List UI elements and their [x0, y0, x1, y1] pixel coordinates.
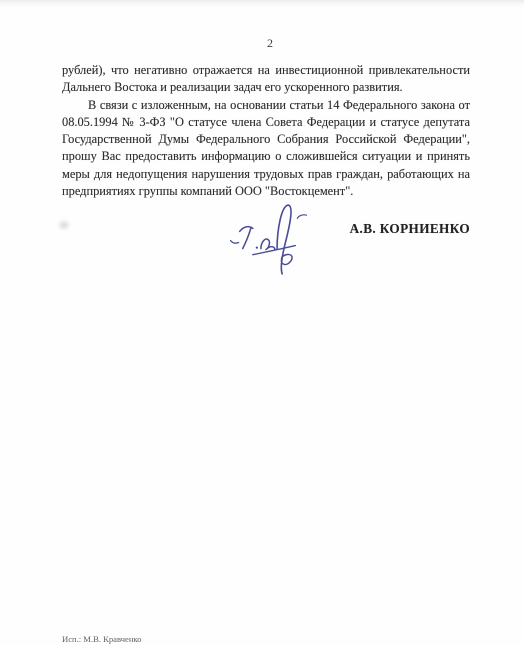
letter-body: рублей), что негативно отражается на инв… [62, 62, 470, 200]
body-line: рублей), что негативно отражается на инв… [62, 62, 470, 79]
body-line: 08.05.1994 № 3-ФЗ "О статусе члена Совет… [62, 114, 470, 131]
body-line: Государственной Думы Федерального Собран… [62, 131, 470, 148]
page-number: 2 [0, 36, 524, 51]
scan-smudge [57, 219, 71, 231]
body-line: В связи с изложенным, на основании стать… [62, 97, 470, 114]
body-line: прошу Вас предоставить информацию о слож… [62, 148, 470, 165]
body-line: Дальнего Востока и реализации задач его … [62, 79, 470, 96]
document-page: 2 рублей), что негативно отражается на и… [0, 0, 524, 645]
body-line: меры для недопущения нарушения трудовых … [62, 166, 470, 183]
signer-name: А.В. КОРНИЕНКО [350, 221, 470, 237]
scan-edge-artifact [0, 0, 524, 7]
handwritten-signature [224, 196, 316, 282]
executor-line: Исп.: М.В. Кравченко [62, 634, 141, 644]
